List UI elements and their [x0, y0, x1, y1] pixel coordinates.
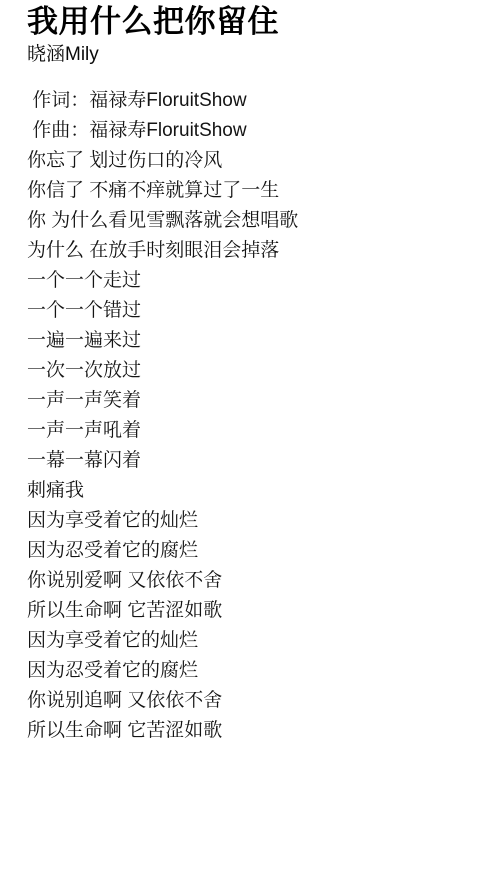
lyric-line: 因为享受着它的灿烂: [27, 506, 480, 536]
lyric-line: 所以生命啊 它苦涩如歌: [27, 596, 480, 626]
lyric-line: 你忘了 划过伤口的冷风: [27, 146, 480, 176]
lyric-line: 一幕一幕闪着: [27, 446, 480, 476]
lyric-line: 你说别爱啊 又依依不舍: [27, 566, 480, 596]
lyric-line: 一声一声吼着: [27, 416, 480, 446]
lyrics-page: 我用什么把你留住 晓涵Mily 作词：福禄寿FloruitShow 作曲：福禄寿…: [0, 0, 500, 880]
lyric-line: 一遍一遍来过: [27, 326, 480, 356]
lyric-line: 因为忍受着它的腐烂: [27, 536, 480, 566]
lyric-line: 一次一次放过: [27, 356, 480, 386]
lyric-line: 你 为什么看见雪飘落就会想唱歌: [27, 206, 480, 236]
lyric-line: 你信了 不痛不痒就算过了一生: [27, 176, 480, 206]
lyric-line: 一声一声笑着: [27, 386, 480, 416]
lyric-line: 刺痛我: [27, 476, 480, 506]
song-title: 我用什么把你留住: [27, 2, 480, 42]
lyrics-list: 作词：福禄寿FloruitShow 作曲：福禄寿FloruitShow你忘了 划…: [27, 86, 480, 746]
lyric-line: 为什么 在放手时刻眼泪会掉落: [27, 236, 480, 266]
lyric-line: 你说别追啊 又依依不舍: [27, 686, 480, 716]
lyric-line: 一个一个走过: [27, 266, 480, 296]
lyric-line: 因为忍受着它的腐烂: [27, 656, 480, 686]
lyric-line: 所以生命啊 它苦涩如歌: [27, 716, 480, 746]
lyric-line: 作词：福禄寿FloruitShow: [27, 86, 480, 116]
lyric-line: 一个一个错过: [27, 296, 480, 326]
lyric-line: 作曲：福禄寿FloruitShow: [27, 116, 480, 146]
artist-name: 晓涵Mily: [27, 43, 480, 67]
lyric-line: 因为享受着它的灿烂: [27, 626, 480, 656]
